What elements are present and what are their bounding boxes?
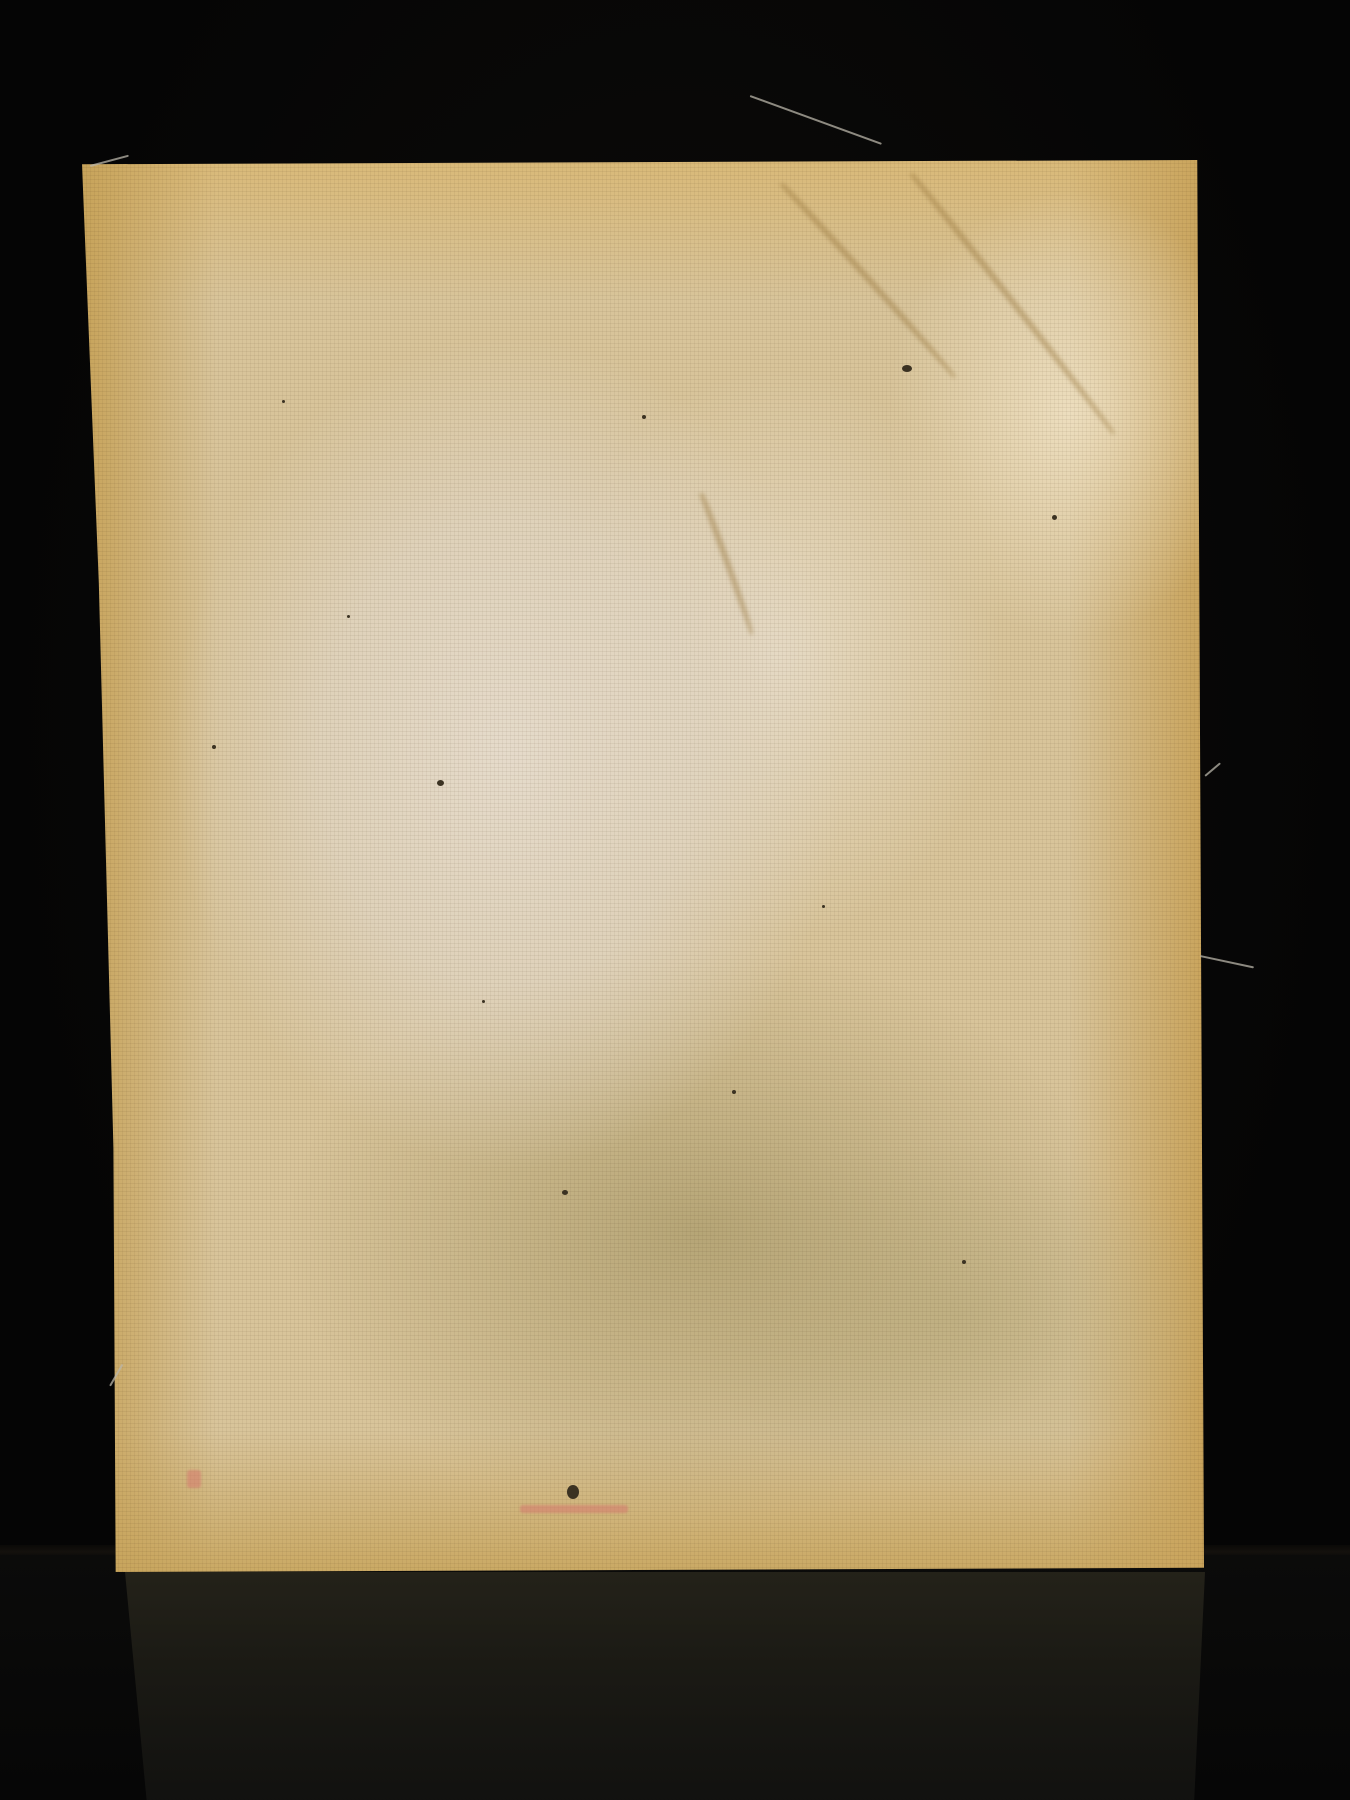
dirt-speck: [437, 780, 444, 786]
dirt-speck: [212, 745, 216, 749]
dirt-speck: [347, 615, 350, 618]
aged-canvas-panel: [82, 160, 1204, 1572]
photo-scene: [0, 0, 1350, 1800]
pink-mark: [520, 1505, 628, 1513]
dirt-speck: [282, 400, 285, 403]
dirt-speck: [962, 1260, 966, 1264]
canvas-reflection: [125, 1572, 1205, 1800]
dirt-speck: [732, 1090, 736, 1094]
canvas-weave-texture: [82, 160, 1204, 1572]
loose-thread: [1204, 762, 1221, 776]
dirt-speck: [567, 1485, 579, 1499]
dirt-speck: [822, 905, 825, 908]
dirt-speck: [1052, 515, 1057, 520]
dirt-speck: [902, 365, 912, 372]
dirt-speck: [482, 1000, 485, 1003]
dirt-speck: [642, 415, 646, 419]
pink-mark: [187, 1470, 201, 1488]
dirt-speck: [562, 1190, 568, 1195]
loose-thread: [750, 95, 882, 145]
loose-thread: [1200, 955, 1254, 968]
